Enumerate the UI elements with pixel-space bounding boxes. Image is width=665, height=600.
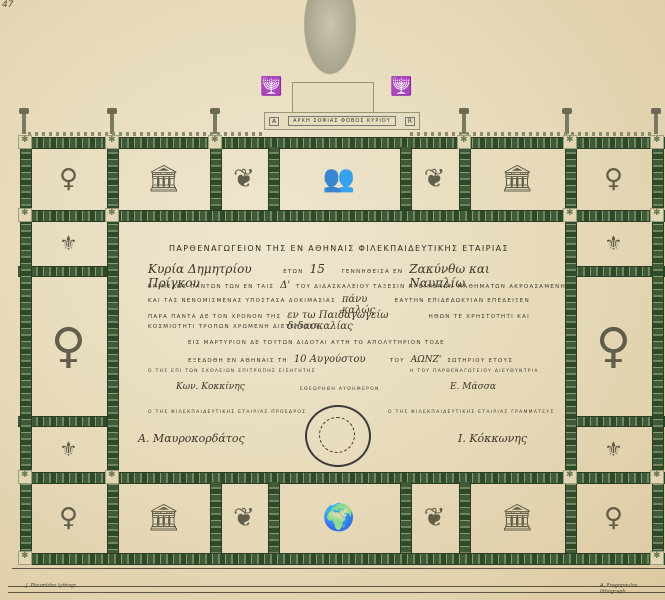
vignette-temple: 🏛 [469, 482, 565, 553]
committee-rapporteur-signature: Κων. Κοκκίνης [176, 382, 245, 392]
menorah-left-icon: 🕎 [260, 76, 282, 97]
body-text: ΚΟΣΜΙΟΤΗΤΙ ΤΡΟΠΩΝ ΧΡΩΜΕΝΗ ΔΙΕΤΕΛΕΣΕΝ [148, 324, 320, 330]
vignette-muse-with-lyre: ♀ [575, 275, 652, 416]
vignette-griffins-lamp: ⚜ [575, 220, 652, 266]
issue-date: 10 Αυγούστου [294, 354, 384, 365]
birthplace-label: ΓΕΝΝΗΘΕΙΣΑ ΕΝ [341, 269, 403, 275]
rosette-icon [650, 135, 664, 149]
issue-year: ΑΩΝΖ' [411, 355, 442, 365]
vignette-cherubs-with-globe-and-owl: 🌍 [278, 482, 400, 553]
lithographer-credit-left: J. Ploumides lythogr. [26, 583, 77, 589]
director-label: Η ΤΟΥ ΠΑΡΘΕΝΑΓΩΓΕΙΟΥ ΔΙΕΥΘΥΝΤΡΙΑ [410, 369, 539, 374]
menorah-right-icon: 🕎 [390, 76, 412, 97]
inscription-letter-left: A [269, 117, 279, 126]
border-band-bottom [18, 553, 665, 565]
inscription-plaque: A ΑΡΧΗ ΣΟΦΙΑΣ ΦΟΒΟΣ ΚΥΡΙΟΥ R [264, 112, 420, 130]
lithographer-credit-right: A. Fragopoulos lithograph. [600, 583, 665, 595]
rosette-icon [18, 551, 32, 565]
secretary-signature: Ι. Κόκκωνης [458, 432, 527, 445]
issued-label: ΕΞΕΔΟΘΗ ΕΝ ΑΘΗΝΑΙΣ ΤΗ [188, 358, 288, 364]
urn-ornament [651, 108, 661, 134]
base-rule [8, 586, 665, 587]
president-signature: Α. Μαυροκορδάτος [138, 432, 245, 445]
body-text: ΤΟΥ [390, 358, 405, 364]
body-text: ΕΙΣ ΜΑΡΤΥΡΙΟΝ ΔΕ ΤΟΥΤΩΝ ΔΙΔΟΤΑΙ ΑΥΤΗ ΤΟ … [188, 340, 445, 346]
body-text: ΕΑΥΤΗΝ ΕΠΙΔΕΔΩΚΥΙΑΝ ΕΠΕΔΕΙΞΕΝ [395, 298, 530, 304]
rosette-icon [105, 208, 119, 222]
vignette-cherubs: ❦ [220, 482, 268, 553]
body-text: ΚΑΙ ΤΑΣ ΝΕΝΟΜΙΣΜΕΝΑΣ ΥΠΟΣΤΑΣΑ ΔΟΚΙΜΑΣΙΑΣ [148, 298, 336, 304]
vignette-griffins-lamp: ⚜ [30, 425, 107, 472]
urn-ornament [19, 108, 29, 134]
verified-label: ΕΘΕΩΡΗΘΗ ΑΥΘΗΜΕΡΟΝ [300, 387, 380, 392]
body-text: ΗΘΩΝ ΤΕ ΧΡΗΣΤΟΤΗΤΙ ΚΑΙ [429, 314, 530, 320]
urn-ornament [562, 108, 572, 134]
body-line-7: ΕΞΕΔΟΘΗ ΕΝ ΑΘΗΝΑΙΣ ΤΗ 10 Αυγούστου ΤΟΥ Α… [148, 354, 570, 365]
wisdom-statue [300, 0, 360, 82]
vignette-griffins-lamp: ⚜ [30, 220, 107, 266]
vignette-muse-with-cupid: ♀ [575, 147, 652, 210]
body-text: ΤΟΥ ΔΙΔΑΣΚΑΛΕΙΟΥ ΤΑΞΕΣΙΝ ΠΡΟΙΜΕΝΩΝ ΜΑΘΗΜ… [296, 284, 566, 290]
rosette-icon [650, 470, 664, 484]
secretary-label: Ο ΤΗΣ ΦΙΛΕΚΠΑΙΔΕΥΤΙΚΗΣ ΕΤΑΙΡΙΑΣ ΓΡΑΜΜΑΤΕ… [388, 410, 555, 415]
body-text: ΕΠΙΜΕΛΩΣ ΠΑΝΤΩΝ ΤΩΝ ΕΝ ΤΑΙΣ [148, 284, 274, 290]
vignette-griffins-lamp: ⚜ [575, 425, 652, 472]
president-label: Ο ΤΗΣ ΦΙΛΕΚΠΑΙΔΕΥΤΙΚΗΣ ΕΤΑΙΡΙΑΣ ΠΡΟΕΔΡΟΣ [148, 410, 306, 415]
vignette-standing-muse: ♀ [30, 275, 107, 416]
statue-pedestal [292, 82, 374, 114]
vignette-cherubs-garland: ❦ [220, 147, 268, 210]
vignette-teacher-with-pupils: 👥 [278, 147, 400, 210]
urn-ornament [210, 108, 220, 134]
committee-rapporteur-label: Ο ΤΗΣ ΕΠΙ ΤΩΝ ΣΧΟΛΕΙΩΝ ΕΠΙΤΡΟΠΗΣ ΕΙΣΗΓΗΤ… [148, 369, 316, 374]
body-text: ΣΩΤΗΡΙΟΥ ΕΤΟΥΣ [447, 358, 513, 364]
body-line-2: ΕΠΙΜΕΛΩΣ ΠΑΝΤΩΝ ΤΩΝ ΕΝ ΤΑΙΣ Δ' ΤΟΥ ΔΙΔΑΣ… [148, 280, 530, 291]
body-line-6: ΕΙΣ ΜΑΡΤΥΡΙΟΝ ΔΕ ΤΟΥΤΩΝ ΔΙΔΟΤΑΙ ΑΥΤΗ ΤΟ … [148, 340, 570, 346]
corner-mark: 47 [2, 0, 13, 10]
inscription-text: ΑΡΧΗ ΣΟΦΙΑΣ ΦΟΒΟΣ ΚΥΡΙΟΥ [288, 116, 396, 126]
inscription-letter-right: R [405, 117, 415, 126]
vignette-muse-with-cupid: ♀ [30, 147, 107, 210]
vignette-seated-muse: ♀ [30, 482, 107, 553]
vignette-acropolis-view: 🏛 [469, 147, 565, 210]
vignette-parthenon: 🏛 [117, 482, 210, 553]
official-seal-icon [305, 405, 371, 467]
vignette-muse-with-book: ♀ [575, 482, 652, 553]
rosette-icon [650, 551, 664, 565]
base-rule [8, 592, 665, 593]
vignette-school-building: 🏛 [117, 147, 210, 210]
crest-ornament [410, 132, 655, 136]
vignette-cherubs: ❦ [410, 482, 459, 553]
body-text: ΠΑΡΑ ΠΑΝΤΑ ΔΕ ΤΟΝ ΧΡΟΝΟΝ ΤΗΣ [148, 314, 281, 320]
crest-ornament [28, 132, 264, 136]
student-age: 15 [310, 262, 336, 276]
urn-ornament [459, 108, 469, 134]
certificate-title: ΠΑΡΘΕΝΑΓΩΓΕΙΟΝ ΤΗΣ ΕΝ ΑΘΗΝΑΙΣ ΦΙΛΕΚΠΑΙΔΕ… [148, 244, 530, 253]
class-level: Δ' [280, 280, 290, 291]
body-line-5: ΚΟΣΜΙΟΤΗΤΙ ΤΡΟΠΩΝ ΧΡΩΜΕΝΗ ΔΙΕΤΕΛΕΣΕΝ [148, 324, 530, 330]
urn-ornament [107, 108, 117, 134]
vignette-cherubs-garland: ❦ [410, 147, 459, 210]
age-label: ΕΤΩΝ [283, 269, 303, 275]
director-signature: Ε. Μάσσα [450, 382, 496, 392]
rosette-icon [650, 208, 664, 222]
base-rule [12, 568, 665, 569]
